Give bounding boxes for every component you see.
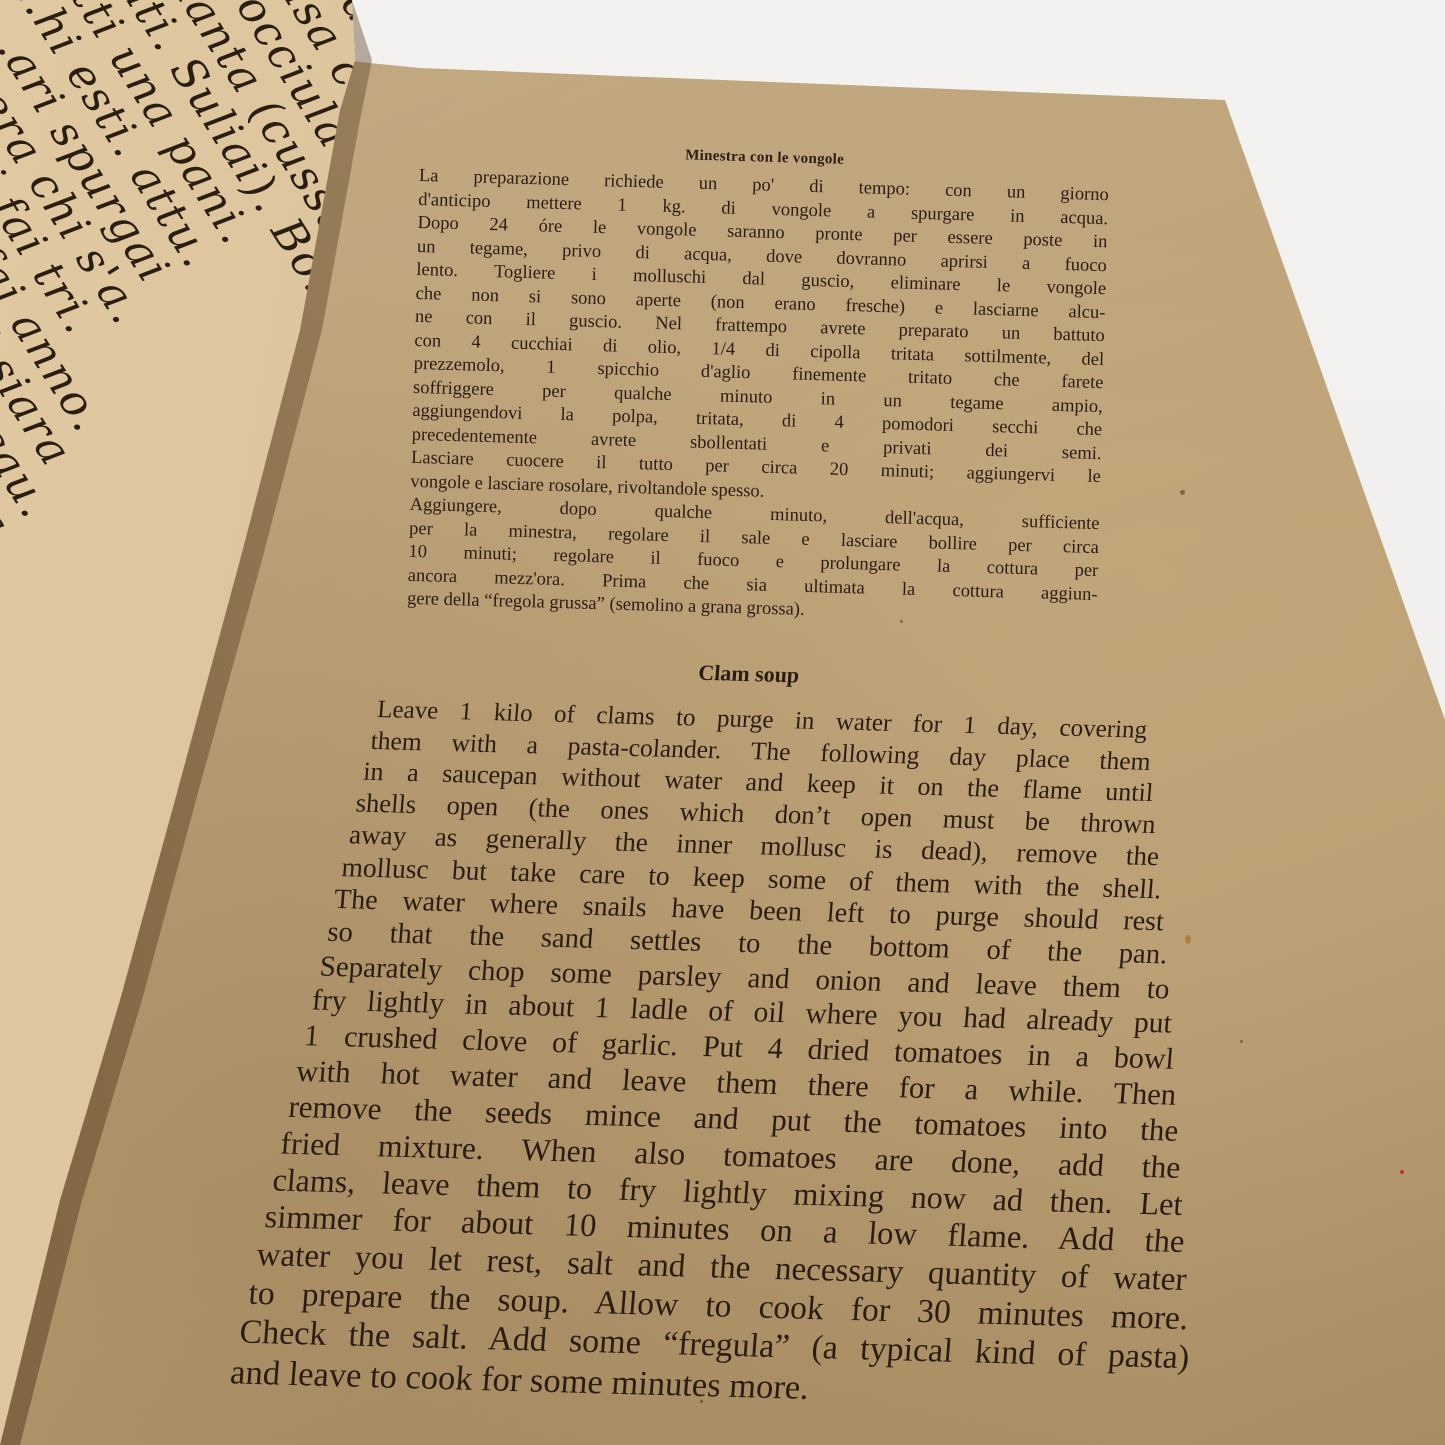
- english-recipe: Clam soup Leave 1 kilo of clams to purge…: [281, 650, 1160, 1417]
- italian-recipe: Minestra con le vongole La preparazione …: [407, 140, 1110, 631]
- english-recipe-body: Leave 1 kilo of clams to purge in water …: [281, 694, 1156, 1417]
- italian-recipe-body: La preparazione richiede un po' di tempo…: [407, 165, 1109, 631]
- english-recipe-title: Clam soup: [338, 650, 1160, 698]
